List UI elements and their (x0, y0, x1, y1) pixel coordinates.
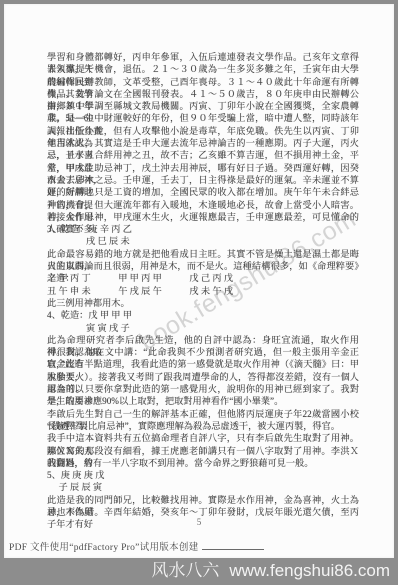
text-line: 人，出版小說，但有人攻擊他小說是毒草，年底免職。佚先生以丙寅、丁卯年吉就認為 (47, 125, 359, 137)
text-line: 陳Ｘ寫的那段沒有細看，據王虎應老師講只有一個八字取對了用神。李洪Ｘ的資料，曾 (47, 445, 359, 457)
text-line: 運的好轉也只是工資的增加，全國民眾的收入都在增加。庚午年午未合絆忌神官，有提 (47, 186, 359, 198)
text-line: 3、乾造：庚 辛 丙 乙 (47, 223, 359, 235)
text-line: 5、庚 庚 庚 戊 (47, 469, 359, 481)
text-line: 由鄉鎮中學調至縣城文教局機關。丙寅、丁卯年小說在全國獲獎，全家農轉非。51—60 (47, 100, 359, 112)
text-line: 日主以弱論而且很弱，用神是木，而不是火。這種結構很多，如《命理粹要》之造： (47, 260, 359, 272)
site-name: 风水八六 (151, 561, 219, 580)
pdffactory-notice: PDF 文件使用“pdfFactory Pro”试用版本创建 (9, 539, 264, 553)
text-line: 此命最容易錯的地方就是把他看成日主旺。其實不管是燥土還是濕土都是晦火的東西， (47, 248, 359, 260)
text-line: 農村作民辦教師，文革受整，己酉年喪母。３１～４０歲此十年命運有所轉機，其文學 (47, 76, 359, 88)
text-line: 取金沒有半點道理，我看此造的第一感覺就是取火作用神（《滴天髓》曰：甲木參天， (47, 358, 359, 370)
document-page: book.fengshui86.com 學習和身體都轉好，丙申年參軍，入伍后連連… (4, 4, 394, 558)
text-line: 神，金作忌神，甲戌運木生火，火運報應最吉，壬申運應最差，可見懂命的人確實不多。 (47, 211, 359, 223)
text-line: 升的機會，但大運流年都有入暖地，木逢暖地必長，故會上當受小人暗害。若接火作用 (47, 199, 359, 211)
page-number: 5 (4, 517, 394, 527)
footer-underline (202, 548, 264, 550)
text-line: 是，取用神應90%以上取對，把取對用神看作“國小畢業”。 (47, 395, 359, 407)
text-line: “殺透干製比肩忌神”，實際應理解為殺為忌虛透干，被大運丙製，得官。 (47, 420, 359, 432)
text-line: 丑 午 申 未 午 戌 辰 午 戌 未 午 戌 (47, 285, 359, 297)
text-line: 得很對，他在文中講：“此命我與不少預測者研究過，但一般主張用辛金正官，”此造 (47, 346, 359, 358)
site-url: www.fengshui86.com (229, 561, 390, 580)
text-line: 我翻過，約有一半八字取不到用神。當今命界之野狼藉可見一般。 (47, 457, 359, 469)
site-banner: 风水八六www.fengshui86.com (0, 558, 398, 585)
text-line: 去入黨提干機會，退伍。２１～３０歲為一生多災多難之年，壬寅年由大學的編輯回到 (47, 63, 359, 75)
text-line: 戌 巳 辰 未 (47, 235, 359, 247)
text-line: 忌，且子丑合絆用神之丑，故不吉；乙亥雖不算吉運，但不損用神土金，平常，甲戌最 (47, 149, 359, 161)
text-line: 用金的。只要你拿對此造的第一感覺用火，說明你的用神已經到家了。我對學生的要求 (47, 383, 359, 395)
body-text: 學習和身體都轉好，丙申年參軍，入伍后連連發表文學作品。己亥年文章得罪領導，失去入… (47, 51, 359, 518)
pdffactory-notice-text: PDF 文件使用“pdfFactory Pro”试用版本创建 (9, 543, 199, 553)
text-line: 作品、教育論文在全國報刊發表。４１～５０歲吉，８０年庚申由民辦轉公辦，８１年 (47, 88, 359, 100)
text-line: 子 辰 辰 寅 (47, 481, 359, 493)
text-line: 歲，是一生中財運較好的年份，但９０年受騙上當，暗中遭人整，同時該年調報社任負責 (47, 112, 359, 124)
text-line: 此造是我的同門師兄，比較難找用神。實際是水作用神，金為喜神，火土為忌，木作用 (47, 494, 359, 506)
text-line: 此為命理研究者李后啟先生造，他的自評中認為：身旺宜流通，取火作用神。我認為取 (47, 334, 359, 346)
text-line: 辛 甲 丙 丁 甲 甲 丙 甲 戊 己 丙 戊 (47, 272, 359, 284)
text-line: 此三例用神都用木。 (47, 297, 359, 309)
text-line: 學習和身體都轉好，丙申年參軍，入伍后連連發表文學作品。己亥年文章得罪領導，失 (47, 51, 359, 63)
text-line: 我手中這本資料共有五位搞命理者自評八字，只有李后啟先生取對了用神。那位Ｘ夫人 (47, 432, 359, 444)
text-line: 差，甲木生助忌神丁，戌土沖去用神辰，哪有好日子過。癸酉運好轉，因癸水去丁忌神， (47, 162, 359, 174)
text-line: 李啟后先生對自己一生的解評基本正確，但他將丙辰運庚子年22歲當國小校長解釋為： (47, 408, 359, 420)
text-line: 酉金去卯木之忌。壬申運，壬去丁，日主得祿是最好的運氣。辛未運並不算好，所謂財 (47, 174, 359, 186)
text-line: 他用木火，其實這是壬申大運去流年忌神論吉的一種應期。丙子大運，丙火忌，子水喜 (47, 137, 359, 149)
text-line: 脫胎要火）。接著我又考問了跟我周遭學命的人，答得都沒差錯，沒有一個人認為可以 (47, 371, 359, 383)
text-line: 寅 寅 戌 子 (47, 322, 359, 334)
text-line: 4、乾造：戊 甲 甲 甲 (47, 309, 359, 321)
